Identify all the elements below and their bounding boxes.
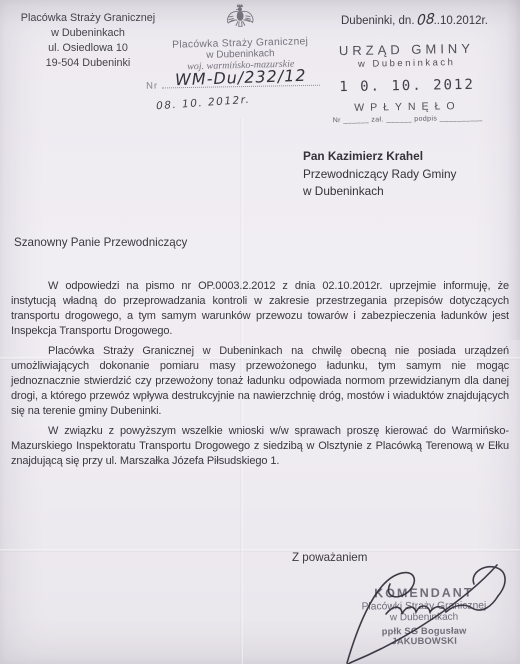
office-received-stamp: URZĄD GMINY w Dubeninkach 1 0. 10. 2012 … — [328, 41, 485, 125]
office-stamp-footer: Nr ______ zał. ______ podpis __________ — [330, 115, 486, 125]
recipient-place: w Dubeninkach — [303, 183, 456, 201]
handwritten-signature — [314, 556, 514, 664]
sender-line: 19-504 Dubeninki — [18, 56, 158, 71]
letter-body: W odpowiedzi na pismo nr OP.0003.2.2012 … — [11, 279, 509, 474]
eagle-emblem-icon — [224, 2, 255, 33]
office-stamp-received: WPŁYNĘŁO — [329, 100, 485, 115]
sender-line: Placówka Straży Granicznej — [18, 11, 158, 26]
dateline-handwritten-day: 08 — [417, 11, 435, 29]
case-number-label: Nr — [146, 81, 158, 92]
body-paragraph: W związku z powyższym wszelkie wnioski w… — [11, 424, 509, 469]
body-paragraph: W odpowiedzi na pismo nr OP.0003.2.2012 … — [11, 279, 509, 339]
recipient-name: Pan Kazimierz Krahel — [303, 148, 456, 166]
sender-line: w Dubeninkach — [18, 26, 158, 41]
office-stamp-name: URZĄD GMINY — [328, 41, 484, 59]
recipient-block: Pan Kazimierz Krahel Przewodniczący Rady… — [303, 148, 456, 201]
office-stamp-date: 1 0. 10. 2012 — [329, 77, 485, 96]
sender-address-block: Placówka Straży Granicznej w Dubeninkach… — [18, 11, 158, 71]
office-stamp-place: w Dubeninkach — [329, 57, 485, 71]
border-guard-unit-stamp: Placówka Straży Granicznej w Dubeninkach… — [167, 0, 313, 73]
case-date-handwritten: 08. 10. 2012r. — [156, 94, 251, 113]
scanned-letter-page: Placówka Straży Granicznej w Dubeninkach… — [0, 0, 520, 664]
body-paragraph: Placówka Straży Granicznej w Dubeninkach… — [11, 344, 509, 419]
recipient-title: Przewodniczący Rady Gminy — [303, 166, 456, 184]
dateline: Dubeninki, dn. 08..10.2012r. — [341, 12, 488, 28]
salutation: Szanowny Panie Przewodniczący — [14, 236, 187, 249]
paper-crease-horizontal — [0, 549, 520, 552]
dateline-suffix: ..10.2012r. — [434, 15, 488, 27]
dateline-prefix: Dubeninki, dn. — [341, 15, 415, 27]
sender-line: ul. Osiedlowa 10 — [18, 41, 158, 56]
